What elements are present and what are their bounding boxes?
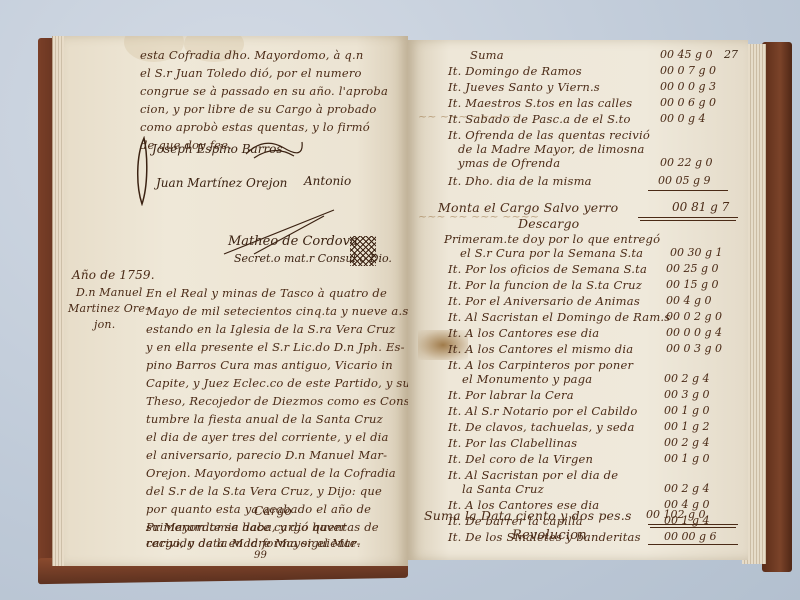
ledger-entry-text: de la Madre Mayor, de limosna <box>458 142 645 156</box>
text-line: su Mayordomia daba, y dió quentas de <box>146 520 379 534</box>
ledger-entry-amount: 00 0 3 g 0 <box>666 342 722 355</box>
text-line: como aprobò estas quentas, y lo firmó <box>140 120 370 134</box>
text-line: Orejon. Mayordomo actual de la Cofradia <box>146 466 396 480</box>
text-line: congrue se à passado en su año. l'aproba <box>140 84 388 98</box>
ledger-entry-text: ymas de Ofrenda <box>458 156 560 170</box>
ledger-entry-text: It. Al Sacristan por el dia de <box>448 468 618 482</box>
ledger-entry-text: It. A los Cantores ese dia <box>448 326 599 340</box>
ledger-entry-text: It. Por labrar la Cera <box>448 388 574 402</box>
ledger-entry-text: It. Maestros S.tos en las calles <box>448 96 632 110</box>
ledger-entry-amount: 00 00 g 6 <box>664 530 717 543</box>
book-cover-right <box>762 42 792 572</box>
ledger-entry-amount: 00 15 g 0 <box>666 278 719 291</box>
text-line: el S.r Cura por la Semana S.ta <box>460 246 643 260</box>
double-rule <box>638 217 738 218</box>
ledger-entry-amount: 00 30 g 1 <box>670 246 723 259</box>
ledger-entry-amount: 00 1 g 4 <box>664 514 710 527</box>
signature: Matheo de Cordova <box>228 234 358 249</box>
margin-line: D.n Manuel <box>76 286 143 299</box>
ledger-entry-amount: 00 0 g 4 <box>660 112 706 125</box>
text-line: cargo, y data en la forma siguiente. <box>146 536 361 550</box>
ledger-entry-text: It. De barrer la capilla <box>448 514 583 528</box>
ledger-entry-text: It. Ofrenda de las quentas recivió <box>448 128 650 142</box>
ledger-entry-text: It. Por las Clabellinas <box>448 436 577 450</box>
ledger-entry-text: It. Dho. dia de la misma <box>448 174 592 188</box>
ledger-entry-amount: 00 2 g 4 <box>664 436 710 449</box>
ledger-entry-text: Suma <box>470 48 504 62</box>
ledger-entry-amount: 00 0 6 g 0 <box>660 96 716 109</box>
ledger-entry-text: It. Sabado de Pasc.a de el S.to <box>448 112 631 126</box>
ledger-entry-amount: 00 0 0 g 3 <box>660 80 716 93</box>
cargo-total-label: Monta el Cargo Salvo yerro <box>438 200 618 215</box>
ledger-entry-text: It. De clavos, tachuelas, y seda <box>448 420 635 434</box>
ledger-entry-amount: 00 45 g 0 <box>660 48 713 61</box>
ledger-entry-amount: 00 22 g 0 <box>660 156 713 169</box>
ledger-entry-amount: 00 0 0 g 4 <box>666 326 722 339</box>
underline-rule <box>648 544 738 545</box>
ledger-entry-amount: 00 3 g 0 <box>664 388 710 401</box>
ledger-entry-text: It. Por el Aniversario de Animas <box>448 294 640 308</box>
text-line: En el Real y minas de Tasco à quatro de <box>146 286 387 300</box>
ledger-entry-text: It. A los Cantores ese dia <box>448 498 599 512</box>
flourish-icon <box>134 136 154 206</box>
cargo-total-amount: 00 81 g 7 <box>672 200 729 214</box>
text-line: y en ella presente el S.r Lic.do D.n Jph… <box>146 340 405 354</box>
right-page: ~~ ~~~ ~~~ ~~ ~~~ ~~ ~~~ ~~~~ 27 Suma 00… <box>408 40 748 560</box>
ledger-entry-text: It. Al S.r Notario por el Cabildo <box>448 404 637 418</box>
descargo-heading: Descargo <box>518 216 579 231</box>
margin-line: jon. <box>94 318 115 331</box>
ledger-entry-amount: 00 2 g 4 <box>664 482 710 495</box>
text-line: el dia de ayer tres del corriente, y el … <box>146 430 389 444</box>
text-line: pino Barros Cura mas antiguo, Vicario in <box>146 358 393 372</box>
ledger-entry-text: el Monumento y paga <box>462 372 592 386</box>
ledger-entry-amount: 00 4 g 0 <box>666 294 712 307</box>
ledger-entry-amount: 00 05 g 9 <box>658 174 711 187</box>
text-line: Mayo de mil setecientos cinq.ta y nueve … <box>146 304 408 318</box>
rubric-hatch-icon <box>350 236 376 266</box>
text-line: tumbre la fiesta anual de la Santa Cruz <box>146 412 383 426</box>
ledger-entry-text: It. Del coro de la Virgen <box>448 452 593 466</box>
ledger-entry-text: la Santa Cruz <box>462 482 544 496</box>
text-line: Capite, y Juez Eclec.co de este Partido,… <box>146 376 408 390</box>
ledger-entry-text: It. Domingo de Ramos <box>448 64 582 78</box>
ledger-entry-amount: 00 0 7 g 0 <box>660 64 716 77</box>
ledger-entry-amount: 00 2 g 4 <box>664 372 710 385</box>
ledger-entry-text: It. Jueves Santo y Viern.s <box>448 80 600 94</box>
ledger-entry-text: It. Por los oficios de Semana S.ta <box>448 262 647 276</box>
left-page: esta Cofradia dho. Mayordomo, à q.n el S… <box>64 36 408 566</box>
underline-rule <box>648 190 728 191</box>
signature: Juan Martínez Orejon <box>156 176 287 190</box>
ledger-entry-text: It. A los Carpinteros por poner <box>448 358 633 372</box>
signature: Antonio <box>304 174 351 188</box>
ledger-entry-amount: 00 4 g 0 <box>664 498 710 511</box>
ledger-entry-amount: 00 1 g 0 <box>664 452 710 465</box>
text-line: por quanto esta ya acabado el año de <box>146 502 371 516</box>
text-line: cion, y por libre de su Cargo à probado <box>140 102 377 116</box>
ledger-entry-amount: 00 1 g 2 <box>664 420 710 433</box>
ledger-entry-text: It. De los Sinaletes y banderitas <box>448 530 641 544</box>
text-line: el aniversario, parecio D.n Manuel Mar- <box>146 448 387 462</box>
text-line: estando en la Iglesia de la S.ra Vera Cr… <box>146 322 395 336</box>
page-number: 27 <box>724 48 738 61</box>
margin-line: Año de 1759. <box>72 268 155 282</box>
ledger-entry-text: It. Al Sacristan el Domingo de Ram.s <box>448 310 670 324</box>
text-line: esta Cofradia dho. Mayordomo, à q.n <box>140 48 363 62</box>
margin-line: Martinez Ore- <box>68 302 149 315</box>
ledger-entry-text: It. A los Cantores el mismo dia <box>448 342 633 356</box>
text-line: Theso, Recojedor de Diezmos como es Cons… <box>146 394 408 408</box>
rubric-icon <box>244 134 304 164</box>
ledger-entry-amount: 00 0 2 g 0 <box>666 310 722 323</box>
ledger-entry-amount: 00 1 g 0 <box>664 404 710 417</box>
ledger-entry-amount: 00 25 g 0 <box>666 262 719 275</box>
text-line: el S.r Juan Toledo dió, por el numero <box>140 66 362 80</box>
text-line: del S.r de la S.ta Vera Cruz, y Dijo: qu… <box>146 484 382 498</box>
text-line: Primeram.te doy por lo que entregó <box>444 232 660 246</box>
double-rule <box>640 220 736 221</box>
ledger-entry-text: It. Por la funcion de la S.ta Cruz <box>448 278 642 292</box>
